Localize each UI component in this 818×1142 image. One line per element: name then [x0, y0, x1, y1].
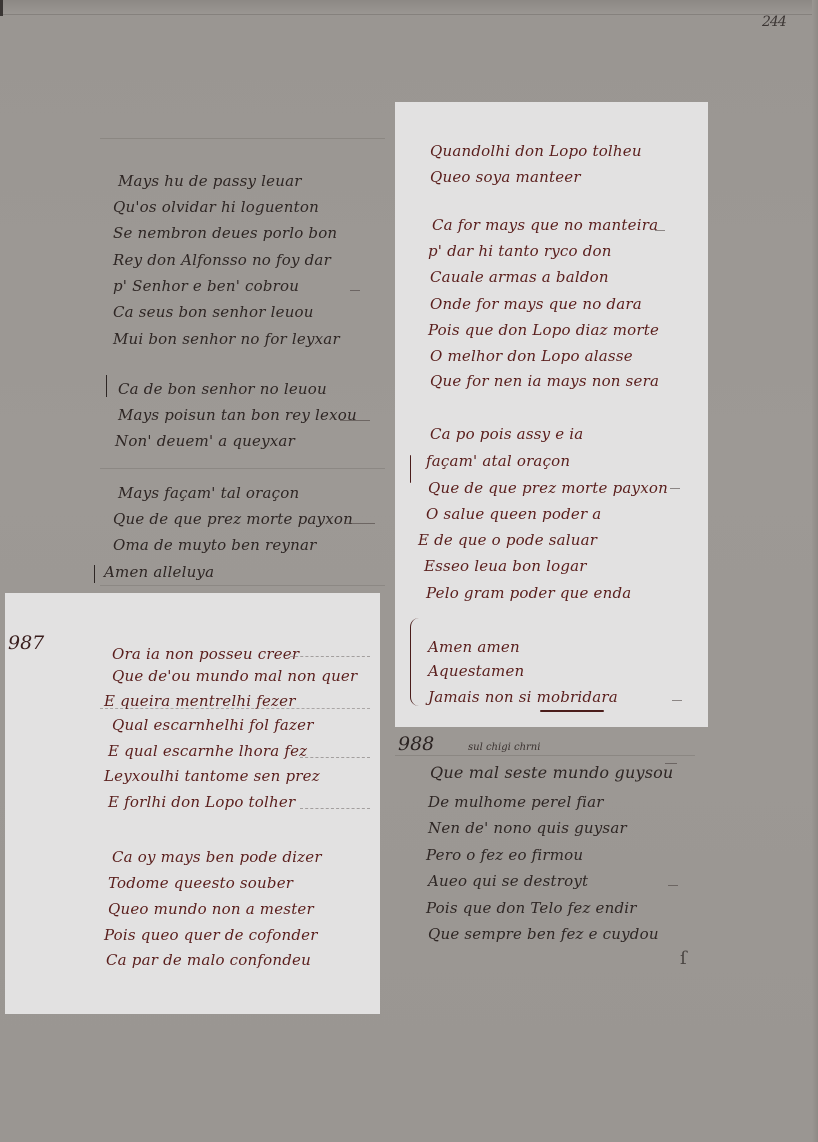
verse-line: Mui bon senhor no for leyxar: [113, 330, 340, 348]
verse-line: O salue queen poder a: [426, 505, 601, 523]
verse-line: Aueo qui se destroyt: [428, 872, 588, 890]
paragraph-mark: [94, 565, 95, 583]
paragraph-mark: [106, 375, 107, 397]
verse-line: Quandolhi don Lopo tolheu: [430, 142, 642, 160]
marginal-note: sul chigi chrni: [468, 742, 540, 753]
margin-dash: [350, 290, 360, 291]
margin-dash: [668, 885, 678, 886]
ruled-line: [100, 585, 385, 586]
verse-line: Que for nen ia mays non sera: [430, 372, 659, 390]
verse-line: Non' deuem' a queyxar: [115, 432, 295, 450]
margin-dash: [665, 763, 677, 764]
verse-line: p' Senhor e ben' cobrou: [113, 277, 299, 295]
verse-line: Cauale armas a baldon: [430, 268, 609, 286]
amen-bracket: [410, 618, 419, 706]
verse-line: Ca oy mays ben pode dizer: [112, 848, 322, 866]
margin-dash: [655, 230, 665, 231]
verse-line: Pois que don Telo fez endir: [426, 899, 637, 917]
verse-line: Ca seus bon senhor leuou: [113, 303, 314, 321]
verse-line: Qual escarnhelhi fol fazer: [112, 716, 314, 734]
verse-line: Ca de bon senhor no leuou: [118, 380, 327, 398]
ruled-line: [100, 708, 370, 710]
verse-line: Mays façam' tal oraçon: [118, 484, 299, 502]
verse-line: Oma de muyto ben reynar: [113, 536, 316, 554]
page-top-edge: [0, 0, 818, 15]
verse-line: Ora ia non posseu creer: [112, 645, 299, 663]
verse-line: Que de que prez morte payxon: [428, 479, 668, 497]
manuscript-page: 244 Mays hu de passy leuar Qu'os olvidar…: [0, 0, 818, 1142]
verse-line: O melhor don Lopo alasse: [430, 347, 633, 365]
page-right-edge: [812, 0, 818, 1142]
highlight-region-right: [395, 102, 708, 727]
verse-line: Ca for mays que no manteira: [432, 216, 658, 234]
verse-line: De mulhome perel fiar: [428, 793, 604, 811]
verse-line: Pero o fez eo firmou: [426, 846, 583, 864]
verse-line: E de que o pode saluar: [418, 531, 597, 549]
verse-line: Onde for mays que no dara: [430, 295, 642, 313]
margin-dash: [290, 656, 370, 658]
page-corner-shadow: [0, 0, 3, 16]
verse-line: Todome queesto souber: [108, 874, 293, 892]
verse-line: Rey don Alfonsso no foy dar: [113, 251, 331, 269]
poem-number: 987: [8, 632, 44, 654]
verse-line: Se nembron deues porlo bon: [113, 224, 337, 242]
closing-flourish: [540, 710, 604, 712]
verse-line: Qu'os olvidar hi loguenton: [113, 198, 319, 216]
verse-line: Que sempre ben fez e cuydou: [428, 925, 659, 943]
verse-line: E qual escarnhe lhora fez: [108, 742, 307, 760]
verse-line: Pois que don Lopo diaz morte: [428, 321, 659, 339]
verse-line: Amen alleluya: [104, 563, 214, 581]
verse-line: Nen de' nono quis guysar: [428, 819, 627, 837]
margin-dash: [345, 523, 375, 524]
margin-dash: [670, 488, 680, 489]
margin-dash: [300, 808, 370, 810]
margin-dash: [340, 420, 370, 421]
verse-line: p' dar hi tanto ryco don: [428, 242, 612, 260]
verse-line: Esseo leua bon logar: [424, 557, 587, 575]
ruled-line: [395, 755, 695, 756]
verse-line: Mays poisun tan bon rey lexou: [118, 406, 357, 424]
verse-line: Ca par de malo confondeu: [106, 951, 311, 969]
verse-line: Aquestamen: [428, 662, 524, 680]
verse-line: Pois queo quer de cofonder: [104, 926, 318, 944]
verse-line: Queo mundo non a mester: [108, 900, 314, 918]
folio-number: 244: [762, 14, 786, 30]
verse-line: Ca po pois assy e ia: [430, 425, 583, 443]
verse-line: Leyxoulhi tantome sen prez: [104, 767, 320, 785]
verse-line: Que mal seste mundo guysou: [430, 763, 673, 782]
verse-line: Mays hu de passy leuar: [118, 172, 302, 190]
margin-dash: [672, 700, 682, 701]
verse-line: Amen amen: [428, 638, 520, 656]
poem-number: 988: [398, 733, 434, 755]
verse-line: Queo soya manteer: [430, 168, 581, 186]
verse-line: Jamais non si mobridara: [428, 688, 618, 706]
verse-line: Pelo gram poder que enda: [426, 584, 631, 602]
ruled-line: [100, 468, 385, 469]
verse-line: E forlhi don Lopo tolher: [108, 793, 295, 811]
verse-line: Que de'ou mundo mal non quer: [112, 667, 357, 685]
margin-mark: ſ: [680, 948, 687, 969]
stanza-bracket: [410, 455, 411, 483]
verse-line: façam' atal oraçon: [426, 452, 570, 470]
margin-dash: [300, 757, 370, 759]
verse-line: Que de que prez morte payxon: [113, 510, 353, 528]
ruled-line: [100, 138, 385, 139]
